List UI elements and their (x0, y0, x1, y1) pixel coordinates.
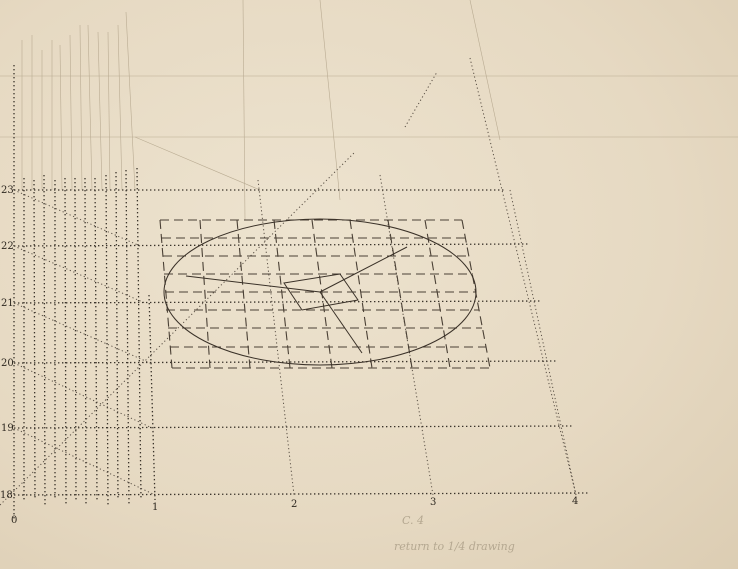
y-label-23: 23 (1, 185, 14, 196)
y-axis-labels: 23 22 21 20 19 18 (0, 185, 14, 501)
drawing-sheet: 23 22 21 20 19 18 0 1 2 3 4 C. 4 return … (0, 0, 738, 569)
vertical-ruling-lines (14, 65, 155, 520)
perspective-drawing: 23 22 21 20 19 18 0 1 2 3 4 C. 4 return … (0, 0, 738, 569)
y-label-20: 20 (1, 358, 14, 369)
pencil-annotation: C. 4 return to 1/4 drawing (394, 514, 515, 553)
upper-right-radial-line (320, 247, 407, 292)
x-label-4: 4 (572, 496, 578, 507)
y-label-21: 21 (1, 298, 14, 309)
y-label-19: 19 (1, 423, 14, 434)
annotation-line-2: return to 1/4 drawing (394, 540, 515, 553)
x-label-0: 0 (11, 515, 17, 526)
annotation-line-1: C. 4 (402, 514, 424, 527)
x-label-1: 1 (152, 502, 158, 513)
y-label-18: 18 (0, 490, 13, 501)
y-label-22: 22 (1, 241, 14, 252)
central-figure (186, 247, 407, 353)
x-label-3: 3 (430, 497, 436, 508)
left-radial-line (186, 276, 320, 292)
dashed-perspective-grid (160, 220, 490, 368)
converging-lines (258, 58, 576, 495)
pencil-construction-lines (0, 0, 738, 220)
x-axis-labels: 0 1 2 3 4 (11, 496, 578, 526)
horizontal-level-lines (14, 190, 588, 495)
x-label-2: 2 (291, 499, 297, 510)
